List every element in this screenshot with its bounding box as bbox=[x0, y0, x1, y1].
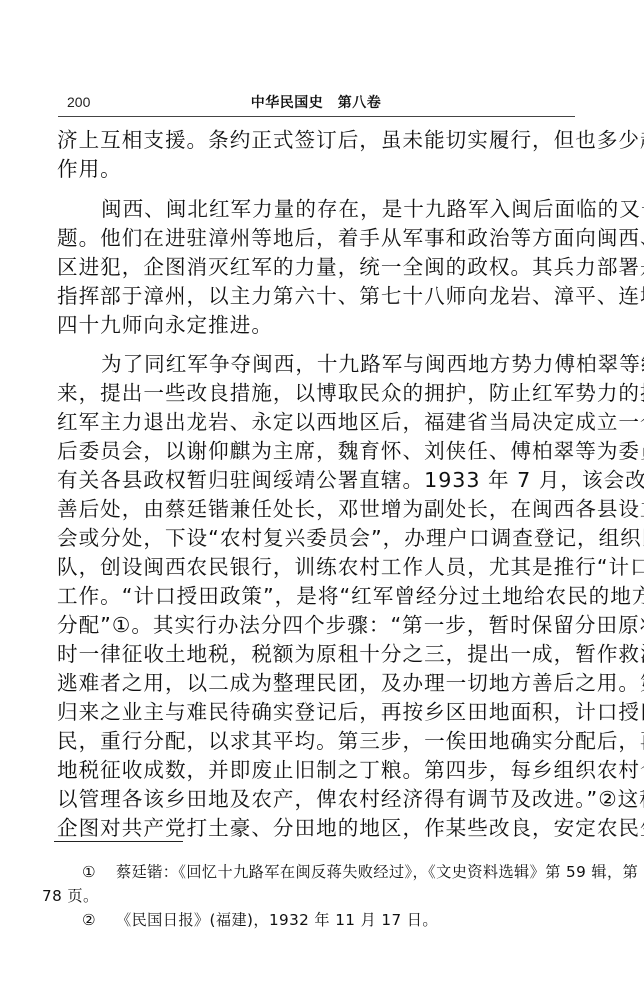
paragraph: 为了同红军争夺闽西，十九路军与闽西地方势力傅柏翠等结合起 来，提出一些改良措施，… bbox=[57, 350, 577, 843]
footnote-2: ②《民国日报》(福建)，1932 年 11 月 17 日。 bbox=[42, 908, 582, 932]
text-line: 后委员会，以谢仰麒为主席，魏育怀、刘侠任、傅柏翠等为委员，将闽西 bbox=[57, 437, 577, 466]
text-line: 民，重行分配，以求其平均。第三步，一俟田地确实分配后，再行规定土 bbox=[57, 727, 577, 756]
footnote-text: 《民国日报》(福建)，1932 年 11 月 17 日。 bbox=[116, 911, 438, 929]
running-title: 中华民国史 第八卷 bbox=[57, 92, 575, 112]
text-line: 会或分处，下设“农村复兴委员会”，办理户口调查登记，组织区乡守望 bbox=[57, 524, 577, 553]
footnote-text-continued: 78 页。 bbox=[42, 884, 582, 908]
text-line: 地税征收成数，并即废止旧制之丁粮。第四步，每乡组织农村合作社， bbox=[57, 756, 577, 785]
footnote-rule bbox=[54, 841, 183, 842]
footnote-mark: ② bbox=[82, 908, 116, 932]
text-line: 队，创设闽西农民银行，训练农村工作人员，尤其是推行“计口授田”等 bbox=[57, 553, 577, 582]
text-line: 区进犯，企图消灭红军的力量，统一全闽的政权。其兵力部署是，设总 bbox=[57, 253, 577, 282]
header-rule bbox=[58, 116, 575, 117]
paragraph: 闽西、闽北红军力量的存在，是十九路军入闽后面临的又一大问 题。他们在进驻漳州等地… bbox=[57, 195, 577, 340]
body-text: 济上互相支援。条约正式签订后，虽未能切实履行，但也多少起一点 作用。 闽西、闽北… bbox=[57, 126, 577, 843]
text-line: 工作。“计口授田政策”，是将“红军曾经分过土地给农民的地方，从新 bbox=[57, 582, 577, 611]
text-line: 归来之业主与难民待确实登记后，再按乡区田地面积，计口授田与农 bbox=[57, 698, 577, 727]
footnote-text: 蔡廷锴：《回忆十九路军在闽反蒋失败经过》，《文史资料选辑》第 59 辑，第 bbox=[116, 863, 638, 881]
footnote-1: ①蔡廷锴：《回忆十九路军在闽反蒋失败经过》，《文史资料选辑》第 59 辑，第 7… bbox=[42, 860, 582, 908]
text-line: 以管理各该乡田地及农产，俾农村经济得有调节及改进。”②这种做法 bbox=[57, 785, 577, 814]
text-line: 有关各县政权暂归驻闽绥靖公署直辖。1933 年 7 月，该会改组为闽西 bbox=[57, 466, 577, 495]
page-header: 200 中华民国史 第八卷 bbox=[57, 92, 575, 114]
text-line: 闽西、闽北红军力量的存在，是十九路军入闽后面临的又一大问 bbox=[57, 195, 577, 224]
text-line: 济上互相支援。条约正式签订后，虽未能切实履行，但也多少起一点 bbox=[57, 126, 577, 155]
text-line: 来，提出一些改良措施，以博取民众的拥护，防止红军势力的扩展。当 bbox=[57, 379, 577, 408]
text-line: 企图对共产党打土豪、分田地的地区，作某些改良，安定农民生产情绪， bbox=[57, 814, 577, 843]
text-line: 四十九师向永定推进。 bbox=[57, 311, 577, 340]
text-line: 为了同红军争夺闽西，十九路军与闽西地方势力傅柏翠等结合起 bbox=[57, 350, 577, 379]
text-line: 善后处，由蔡廷锴兼任处长，邓世增为副处长，在闽西各县设立善后分 bbox=[57, 495, 577, 524]
text-line: 红军主力退出龙岩、永定以西地区后，福建省当局决定成立一个闽西善 bbox=[57, 408, 577, 437]
footnote-mark: ① bbox=[82, 860, 116, 884]
paragraph: 济上互相支援。条约正式签订后，虽未能切实履行，但也多少起一点 作用。 bbox=[57, 126, 577, 184]
book-page: 200 中华民国史 第八卷 济上互相支援。条约正式签订后，虽未能切实履行，但也多… bbox=[0, 0, 644, 1000]
text-line: 时一律征收土地税，税额为原租十分之三，提出一成，暂作救济业主及 bbox=[57, 640, 577, 669]
text-line: 题。他们在进驻漳州等地后，着手从军事和政治等方面向闽西、闽北苏 bbox=[57, 224, 577, 253]
text-line: 逃难者之用，以二成为整理民团，及办理一切地方善后之用。第二步， bbox=[57, 669, 577, 698]
text-line: 指挥部于漳州，以主力第六十、第七十八师向龙岩、漳平、连城进攻，派 bbox=[57, 282, 577, 311]
footnotes: ①蔡廷锴：《回忆十九路军在闽反蒋失败经过》，《文史资料选辑》第 59 辑，第 7… bbox=[42, 860, 582, 932]
text-line: 分配”①。其实行办法分四个步骤：“第一步，暂时保留分田原状，秋收 bbox=[57, 611, 577, 640]
text-line: 作用。 bbox=[57, 155, 577, 184]
